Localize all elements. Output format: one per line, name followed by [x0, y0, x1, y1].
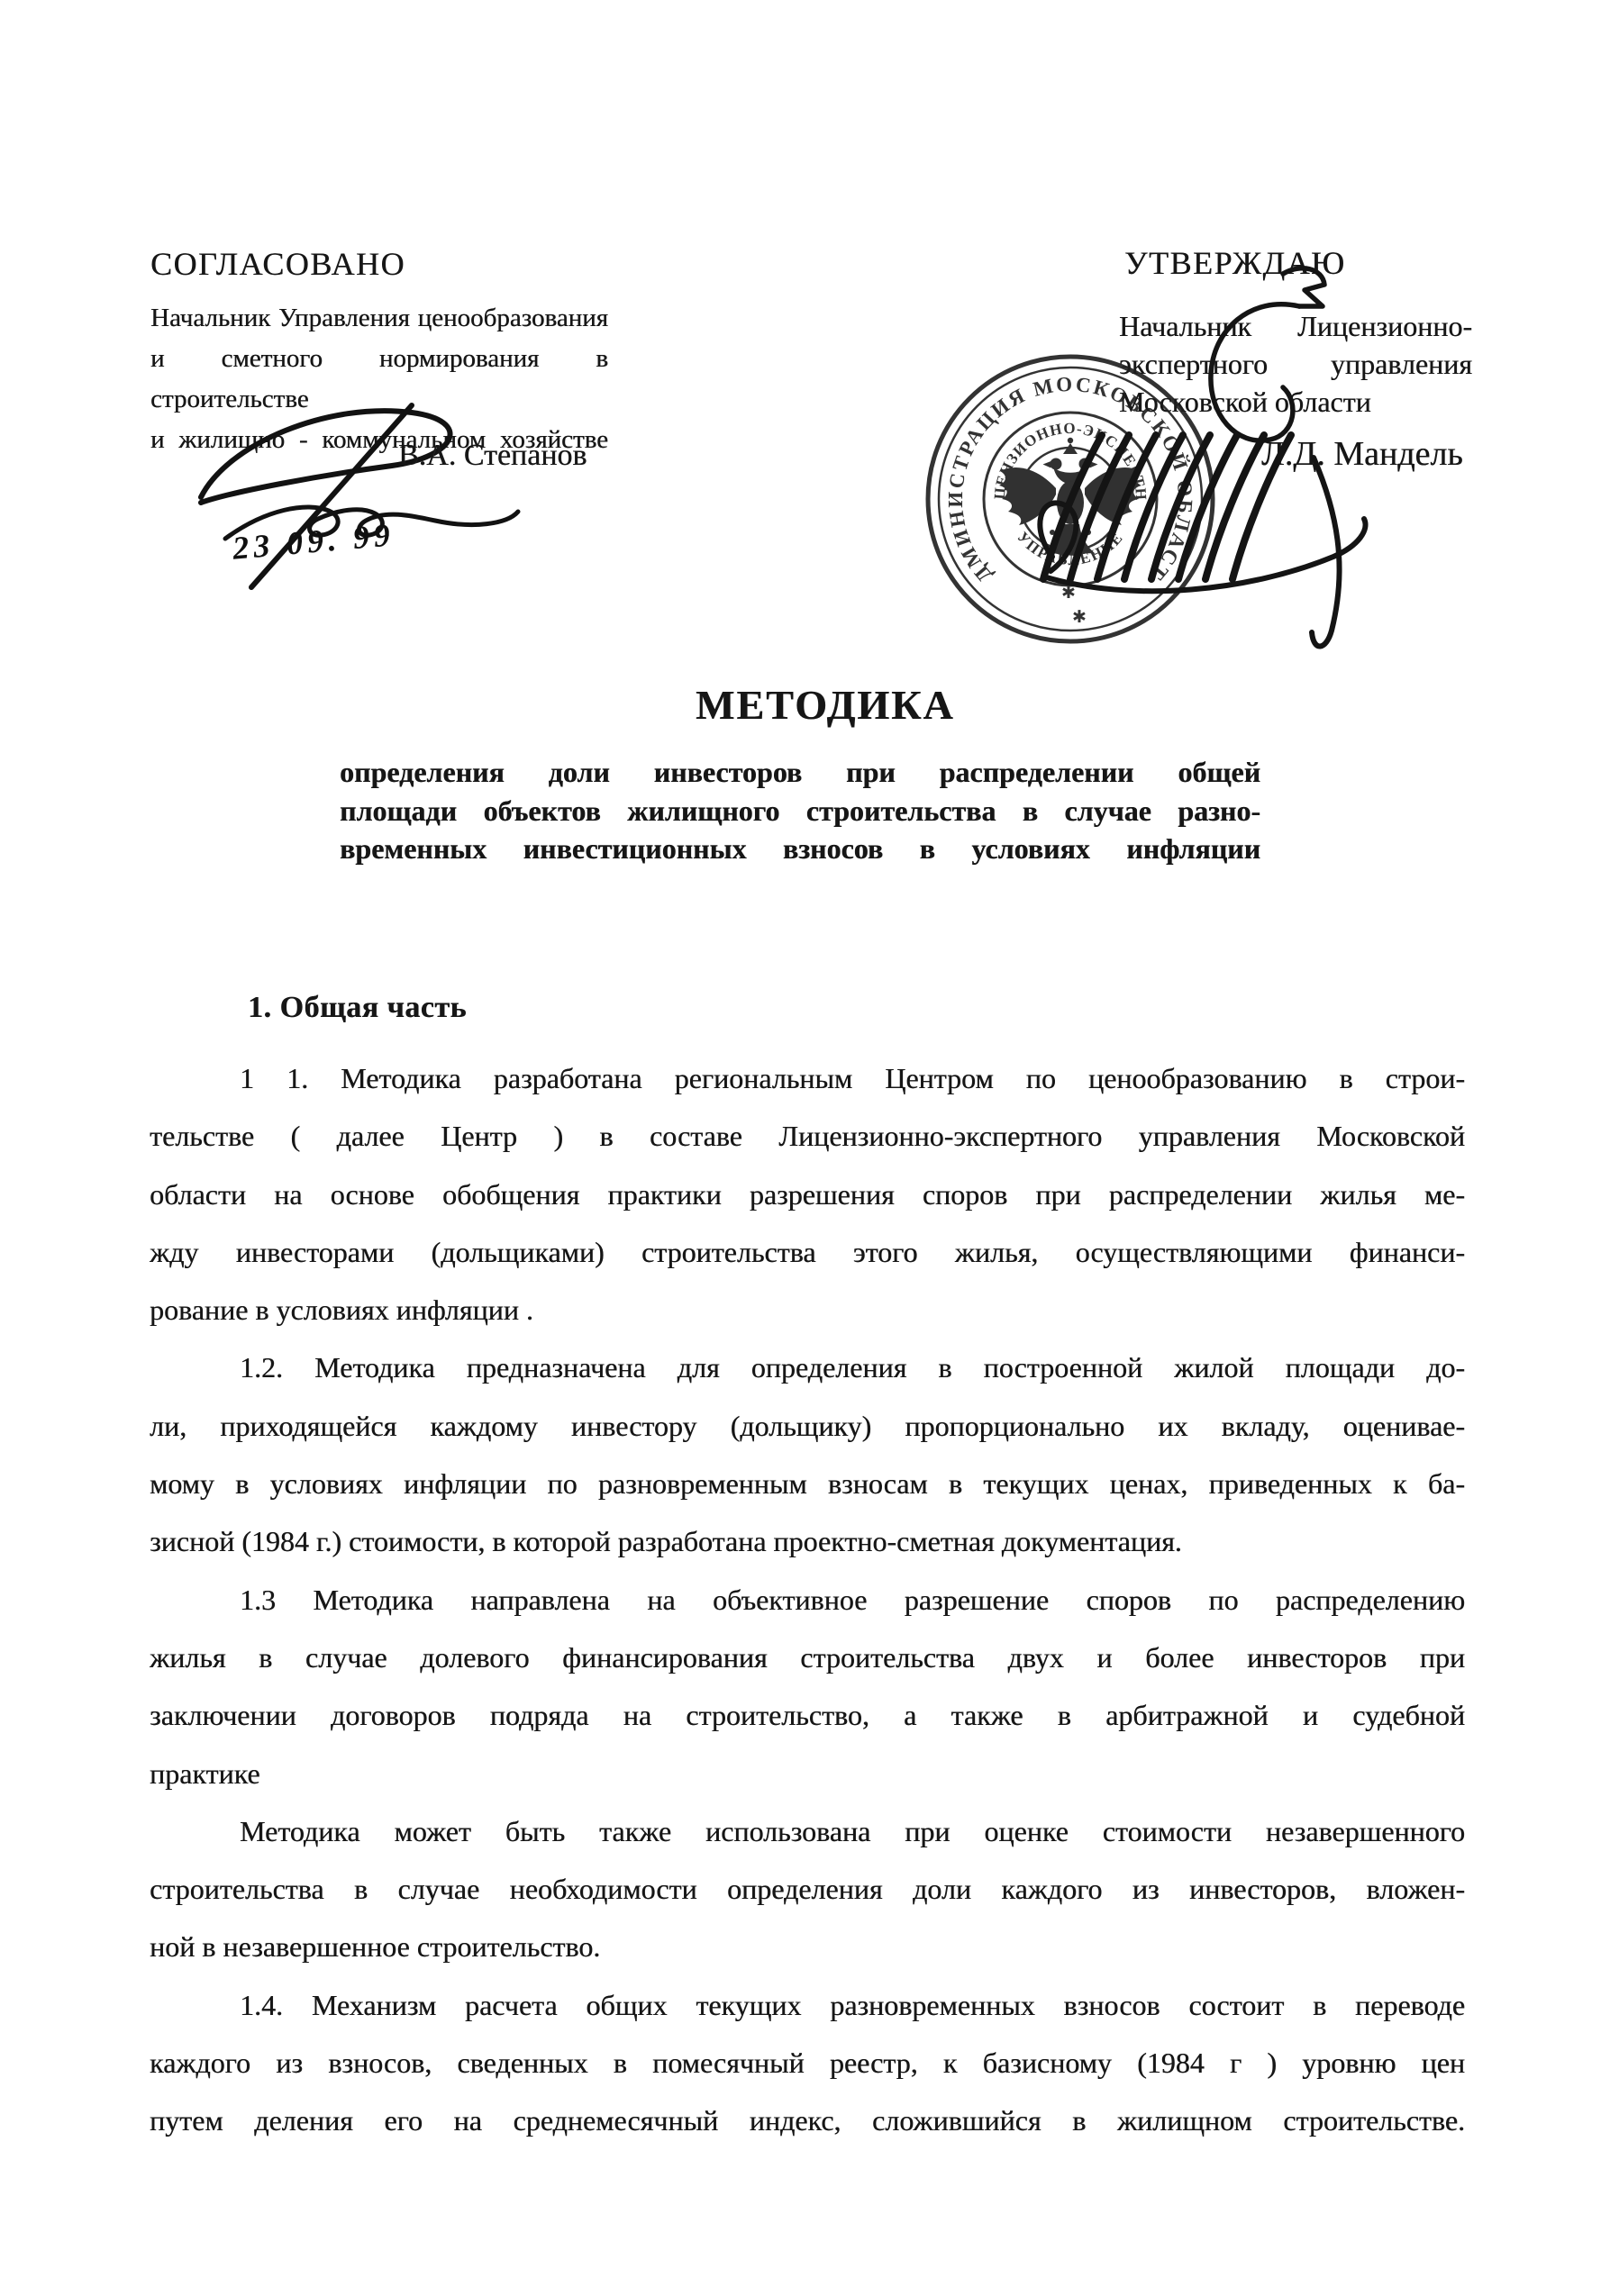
body-line: тельстве ( далее Центр ) в составе Лицен…	[150, 1107, 1465, 1165]
stepanov-name: В.А. Степанов	[398, 439, 587, 473]
body-line: путем деления его на среднемесячный инде…	[150, 2092, 1465, 2149]
body-line: 1 1. Методика разработана региональным Ц…	[150, 1049, 1465, 1107]
body-line: 1.2. Методика предназначена для определе…	[150, 1339, 1465, 1396]
agreed-label: СОГЛАСОВАНО	[150, 245, 405, 283]
body-line: строительства в случае необходимости опр…	[150, 1860, 1465, 1918]
body-line: ной в незавершенное строительство.	[150, 1918, 1465, 1975]
body-line: 1.3 Методика направлена на объективное р…	[150, 1571, 1465, 1629]
document-title: МЕТОДИКА	[696, 681, 955, 729]
stepanov-signature	[176, 396, 527, 594]
body-line: 1.4. Механизм расчета общих текущих разн…	[150, 1976, 1465, 2034]
body-line: практике	[150, 1745, 1465, 1802]
body-line: каждого из взносов, сведенных в помесячн…	[150, 2034, 1465, 2092]
body-text: 1 1. Методика разработана региональным Ц…	[150, 1049, 1465, 2150]
subtitle-line: определения доли инвесторов при распреде…	[340, 753, 1260, 792]
mandel-signature	[1016, 259, 1404, 656]
scanned-document-page: СОГЛАСОВАНО Начальник Управления ценообр…	[0, 0, 1610, 2296]
body-line: зисной (1984 г.) стоимости, в которой ра…	[150, 1512, 1465, 1570]
signature-stroke	[1211, 304, 1299, 440]
body-line: жилья в случае долевого финансирования с…	[150, 1629, 1465, 1686]
body-line: области на основе обобщения практики раз…	[150, 1166, 1465, 1223]
subtitle-line: временных инвестиционных взносов в услов…	[340, 830, 1260, 868]
subtitle-line: площади объектов жилищного строительства…	[340, 792, 1260, 830]
body-line: Методика может быть также использована п…	[150, 1802, 1465, 1860]
body-line: рование в условиях инфляции .	[150, 1281, 1465, 1339]
signature-stroke	[1233, 435, 1291, 579]
body-line: заключении договоров подряда на строител…	[150, 1686, 1465, 1744]
body-line: жду инвесторами (дольщиками) строительст…	[150, 1223, 1465, 1281]
signature-stroke	[1312, 458, 1340, 647]
section-heading: 1. Общая часть	[248, 991, 467, 1025]
body-line: ли, приходящейся каждому инвестору (доль…	[150, 1397, 1465, 1455]
body-line: мому в условиях инфляции по разновременн…	[150, 1455, 1465, 1512]
document-subtitle: определения доли инвесторов при распреде…	[340, 753, 1260, 868]
agreed-position-line: Начальник Управления ценообразования	[150, 298, 608, 339]
signature-stroke	[1283, 268, 1324, 306]
